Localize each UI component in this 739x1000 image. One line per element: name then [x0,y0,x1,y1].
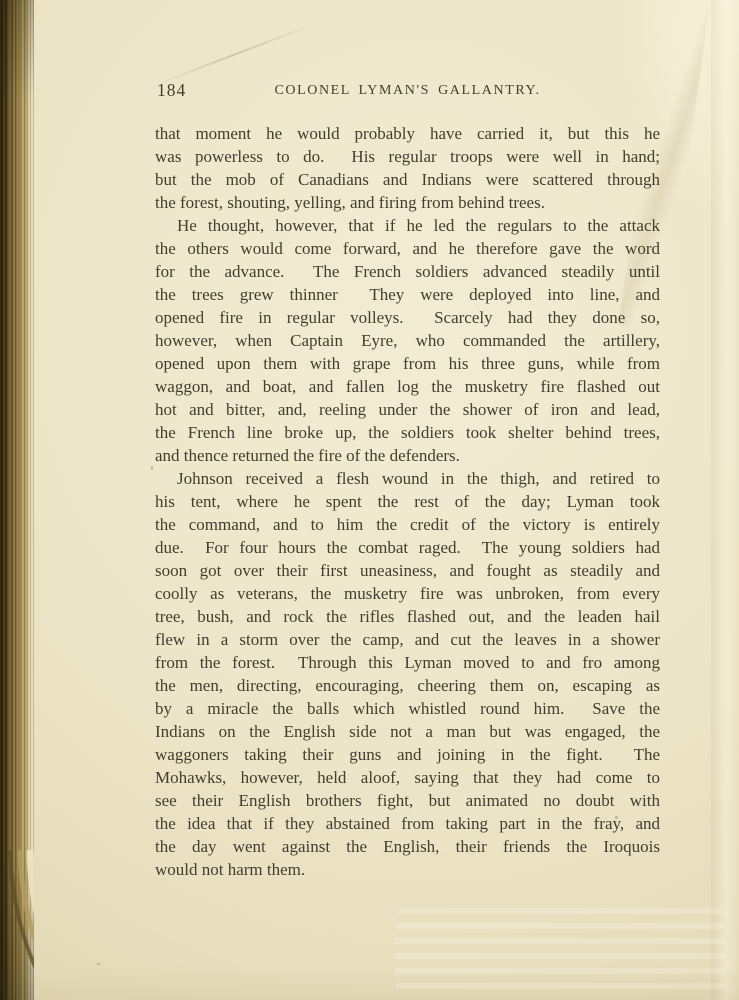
text-line: Johnson received a flesh wound in the th… [155,467,660,490]
paragraph: Johnson received a flesh wound in the th… [155,467,660,881]
text-line: for the advance. The French soldiers adv… [155,260,660,283]
text-line: hot and bitter, and, reeling under the s… [155,398,660,421]
text-line: soon got over their first uneasiness, an… [155,559,660,582]
scan-speck [151,466,153,470]
text-line: the command, and to him the credit of th… [155,513,660,536]
page: 184 COLONEL LYMAN'S GALLANTRY. that mome… [34,0,739,1000]
paper-texture-streaks [395,908,725,994]
text-line: the forest, shouting, yelling, and firin… [155,191,660,214]
text-line: was powerless to do. His regular troops … [155,145,660,168]
text-line: waggon, and boat, and fallen log the mus… [155,375,660,398]
running-header: COLONEL LYMAN'S GALLANTRY. [155,80,660,99]
paragraph: He thought, however, that if he led the … [155,214,660,467]
text-block: 184 COLONEL LYMAN'S GALLANTRY. that mome… [155,0,660,881]
text-line: the day went against the English, their … [155,835,660,858]
text-line: his tent, where he spent the rest of the… [155,490,660,513]
text-line: Indians on the English side not a man bu… [155,720,660,743]
text-line: the trees grew thinner They were deploye… [155,283,660,306]
text-line: and thence returned the fire of the defe… [155,444,660,467]
text-line: by a miracle the balls which whistled ro… [155,697,660,720]
text-line: would not harm them. [155,858,660,881]
text-line: the French line broke up, the soldiers t… [155,421,660,444]
text-line: Mohawks, however, held aloof, saying tha… [155,766,660,789]
page-header: 184 COLONEL LYMAN'S GALLANTRY. [155,80,660,102]
book-page-scan: 184 COLONEL LYMAN'S GALLANTRY. that mome… [0,0,739,1000]
page-bottom-shading [34,966,739,1000]
text-line: due. For four hours the combat raged. Th… [155,536,660,559]
page-number: 184 [157,80,186,101]
text-line: flew in a storm over the camp, and cut t… [155,628,660,651]
text-line: the men, directing, encouraging, cheerin… [155,674,660,697]
page-right-edge-shading [711,0,739,1000]
text-line: opened upon them with grape from his thr… [155,352,660,375]
text-line: He thought, however, that if he led the … [155,214,660,237]
text-line: that moment he would probably have carri… [155,122,660,145]
scan-speck [97,963,100,965]
text-line: opened fire in regular volleys. Scarcely… [155,306,660,329]
text-line: however, when Captain Eyre, who commande… [155,329,660,352]
text-line: coolly as veterans, the musketry fire wa… [155,582,660,605]
text-line: but the mob of Canadians and Indians wer… [155,168,660,191]
text-line: tree, bush, and rock the rifles flashed … [155,605,660,628]
text-line: the idea that if they abstained from tak… [155,812,660,835]
text-line: see their English brothers fight, but an… [155,789,660,812]
text-line: waggoners taking their guns and joining … [155,743,660,766]
paragraph: that moment he would probably have carri… [155,122,660,214]
text-line: from the forest. Through this Lyman move… [155,651,660,674]
text-line: the others would come forward, and he th… [155,237,660,260]
body-text: that moment he would probably have carri… [155,122,660,881]
